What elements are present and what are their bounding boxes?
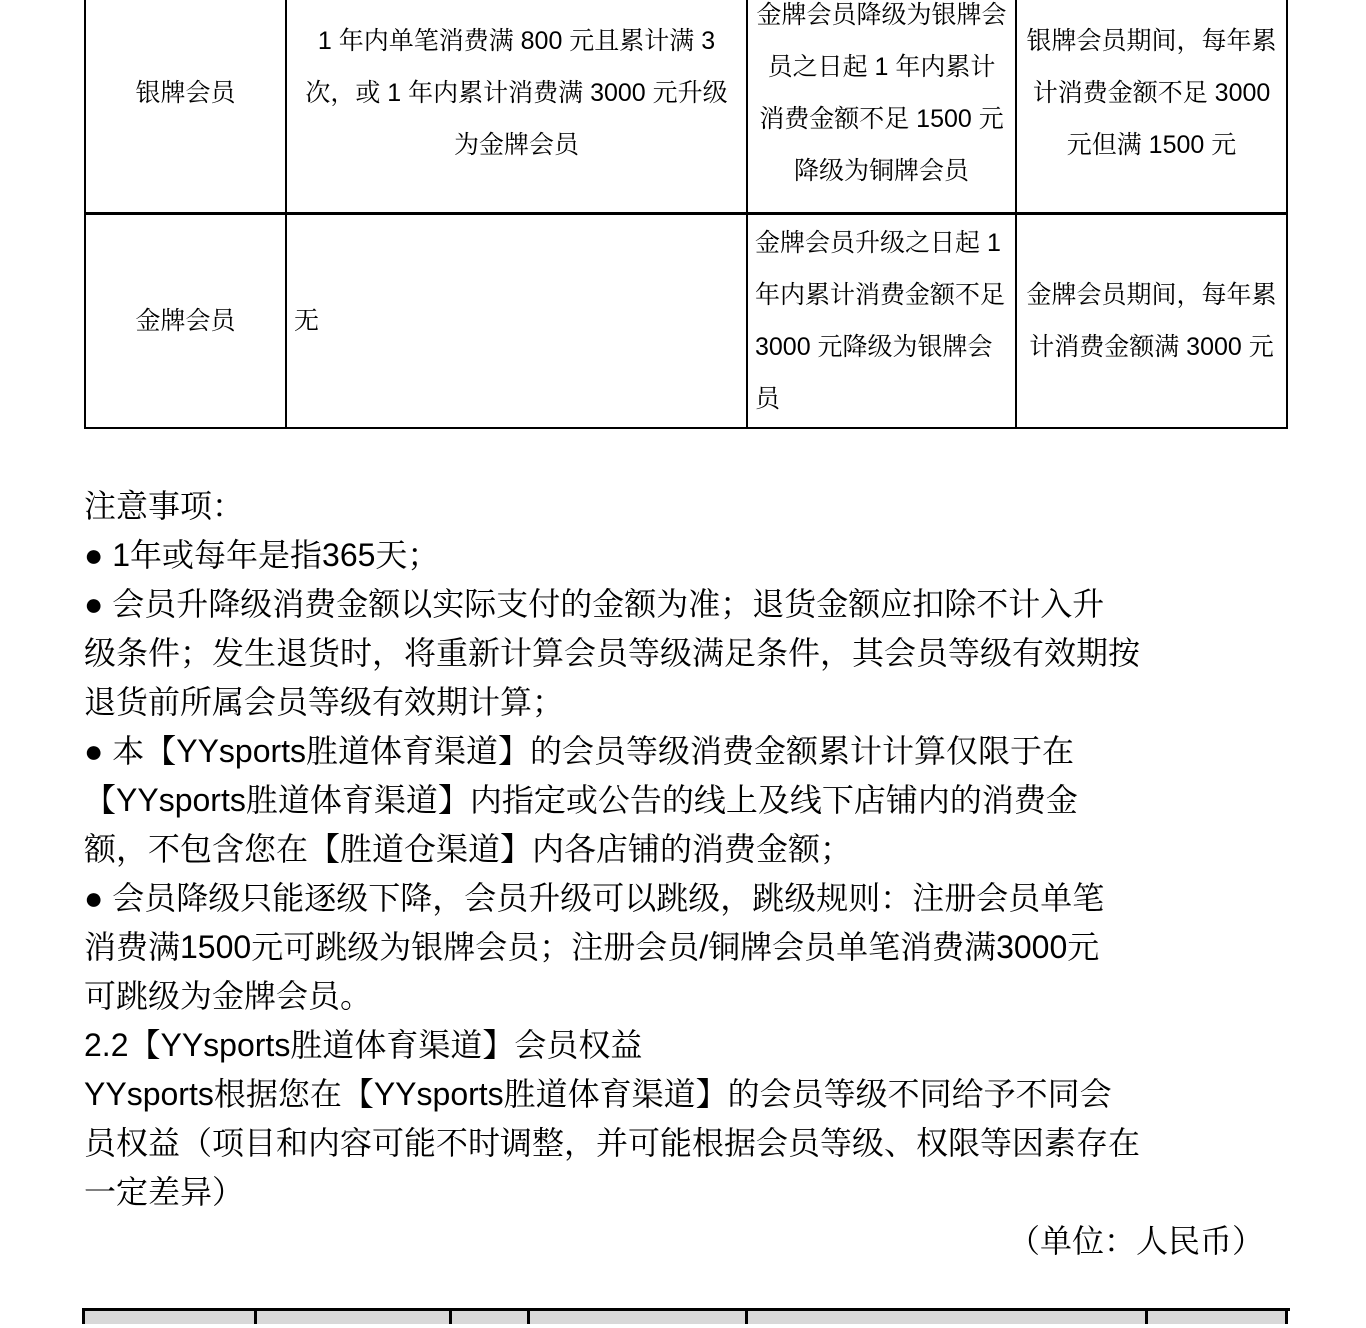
level-name-cell: 金牌会员 (85, 214, 286, 429)
benefits-table-header-cell (254, 1311, 449, 1324)
upgrade-condition-cell: 无 (286, 214, 747, 429)
note-item: ● 会员升降级消费金额以实际支付的金额为准；退货金额应扣除不计入升 级条件；发生… (84, 580, 1286, 727)
notes-section: 注意事项： ● 1年或每年是指365天； ● 会员升降级消费金额以实际支付的金额… (84, 482, 1286, 1021)
currency-unit-note: （单位：人民币） (84, 1217, 1286, 1266)
table-row-gold: 金牌会员 无 金牌会员升级之日起 1 年内累计消费金额不足 3000 元降级为银… (85, 214, 1287, 429)
membership-levels-table-clip: 银牌会员 1 年内单笔消费满 800 元且累计满 3 次，或 1 年内累计消费满… (84, 0, 1290, 432)
table-row-silver: 银牌会员 1 年内单笔消费满 800 元且累计满 3 次，或 1 年内累计消费满… (85, 0, 1287, 214)
note-item: ● 会员降级只能逐级下降，会员升级可以跳级，跳级规则：注册会员单笔 消费满150… (84, 874, 1286, 1021)
benefits-table-header-cell (745, 1311, 1145, 1324)
benefits-table-header-cell (1145, 1311, 1288, 1324)
note-item: ● 本【YYsports胜道体育渠道】的会员等级消费金额累计计算仅限于在 【YY… (84, 727, 1286, 874)
benefits-table-header-row (82, 1308, 1290, 1324)
membership-levels-table: 银牌会员 1 年内单笔消费满 800 元且累计满 3 次，或 1 年内累计消费满… (84, 0, 1288, 429)
level-name-cell: 银牌会员 (85, 0, 286, 214)
retention-condition-cell: 金牌会员期间，每年累 计消费金额满 3000 元 (1016, 214, 1287, 429)
note-item: ● 1年或每年是指365天； (84, 531, 1286, 580)
benefits-table-header-cell (449, 1311, 527, 1324)
upgrade-condition-cell: 1 年内单笔消费满 800 元且累计满 3 次，或 1 年内累计消费满 3000… (286, 0, 747, 214)
notes-heading: 注意事项： (84, 482, 1286, 531)
downgrade-condition-cell: 金牌会员降级为银牌会 员之日起 1 年内累计 消费金额不足 1500 元 降级为… (747, 0, 1016, 214)
section-heading: 2.2【YYsports胜道体育渠道】会员权益 (84, 1021, 1286, 1070)
benefits-section: 2.2【YYsports胜道体育渠道】会员权益 YYsports根据您在【YYs… (84, 1021, 1286, 1266)
benefits-table-header-cell (527, 1311, 745, 1324)
downgrade-condition-cell: 金牌会员升级之日起 1 年内累计消费金额不足 3000 元降级为银牌会 员 (747, 214, 1016, 429)
benefits-table-header-cell (82, 1311, 254, 1324)
retention-condition-cell: 银牌会员期间，每年累 计消费金额不足 3000 元但满 1500 元 (1016, 0, 1287, 214)
section-intro: YYsports根据您在【YYsports胜道体育渠道】的会员等级不同给予不同会… (84, 1070, 1286, 1217)
